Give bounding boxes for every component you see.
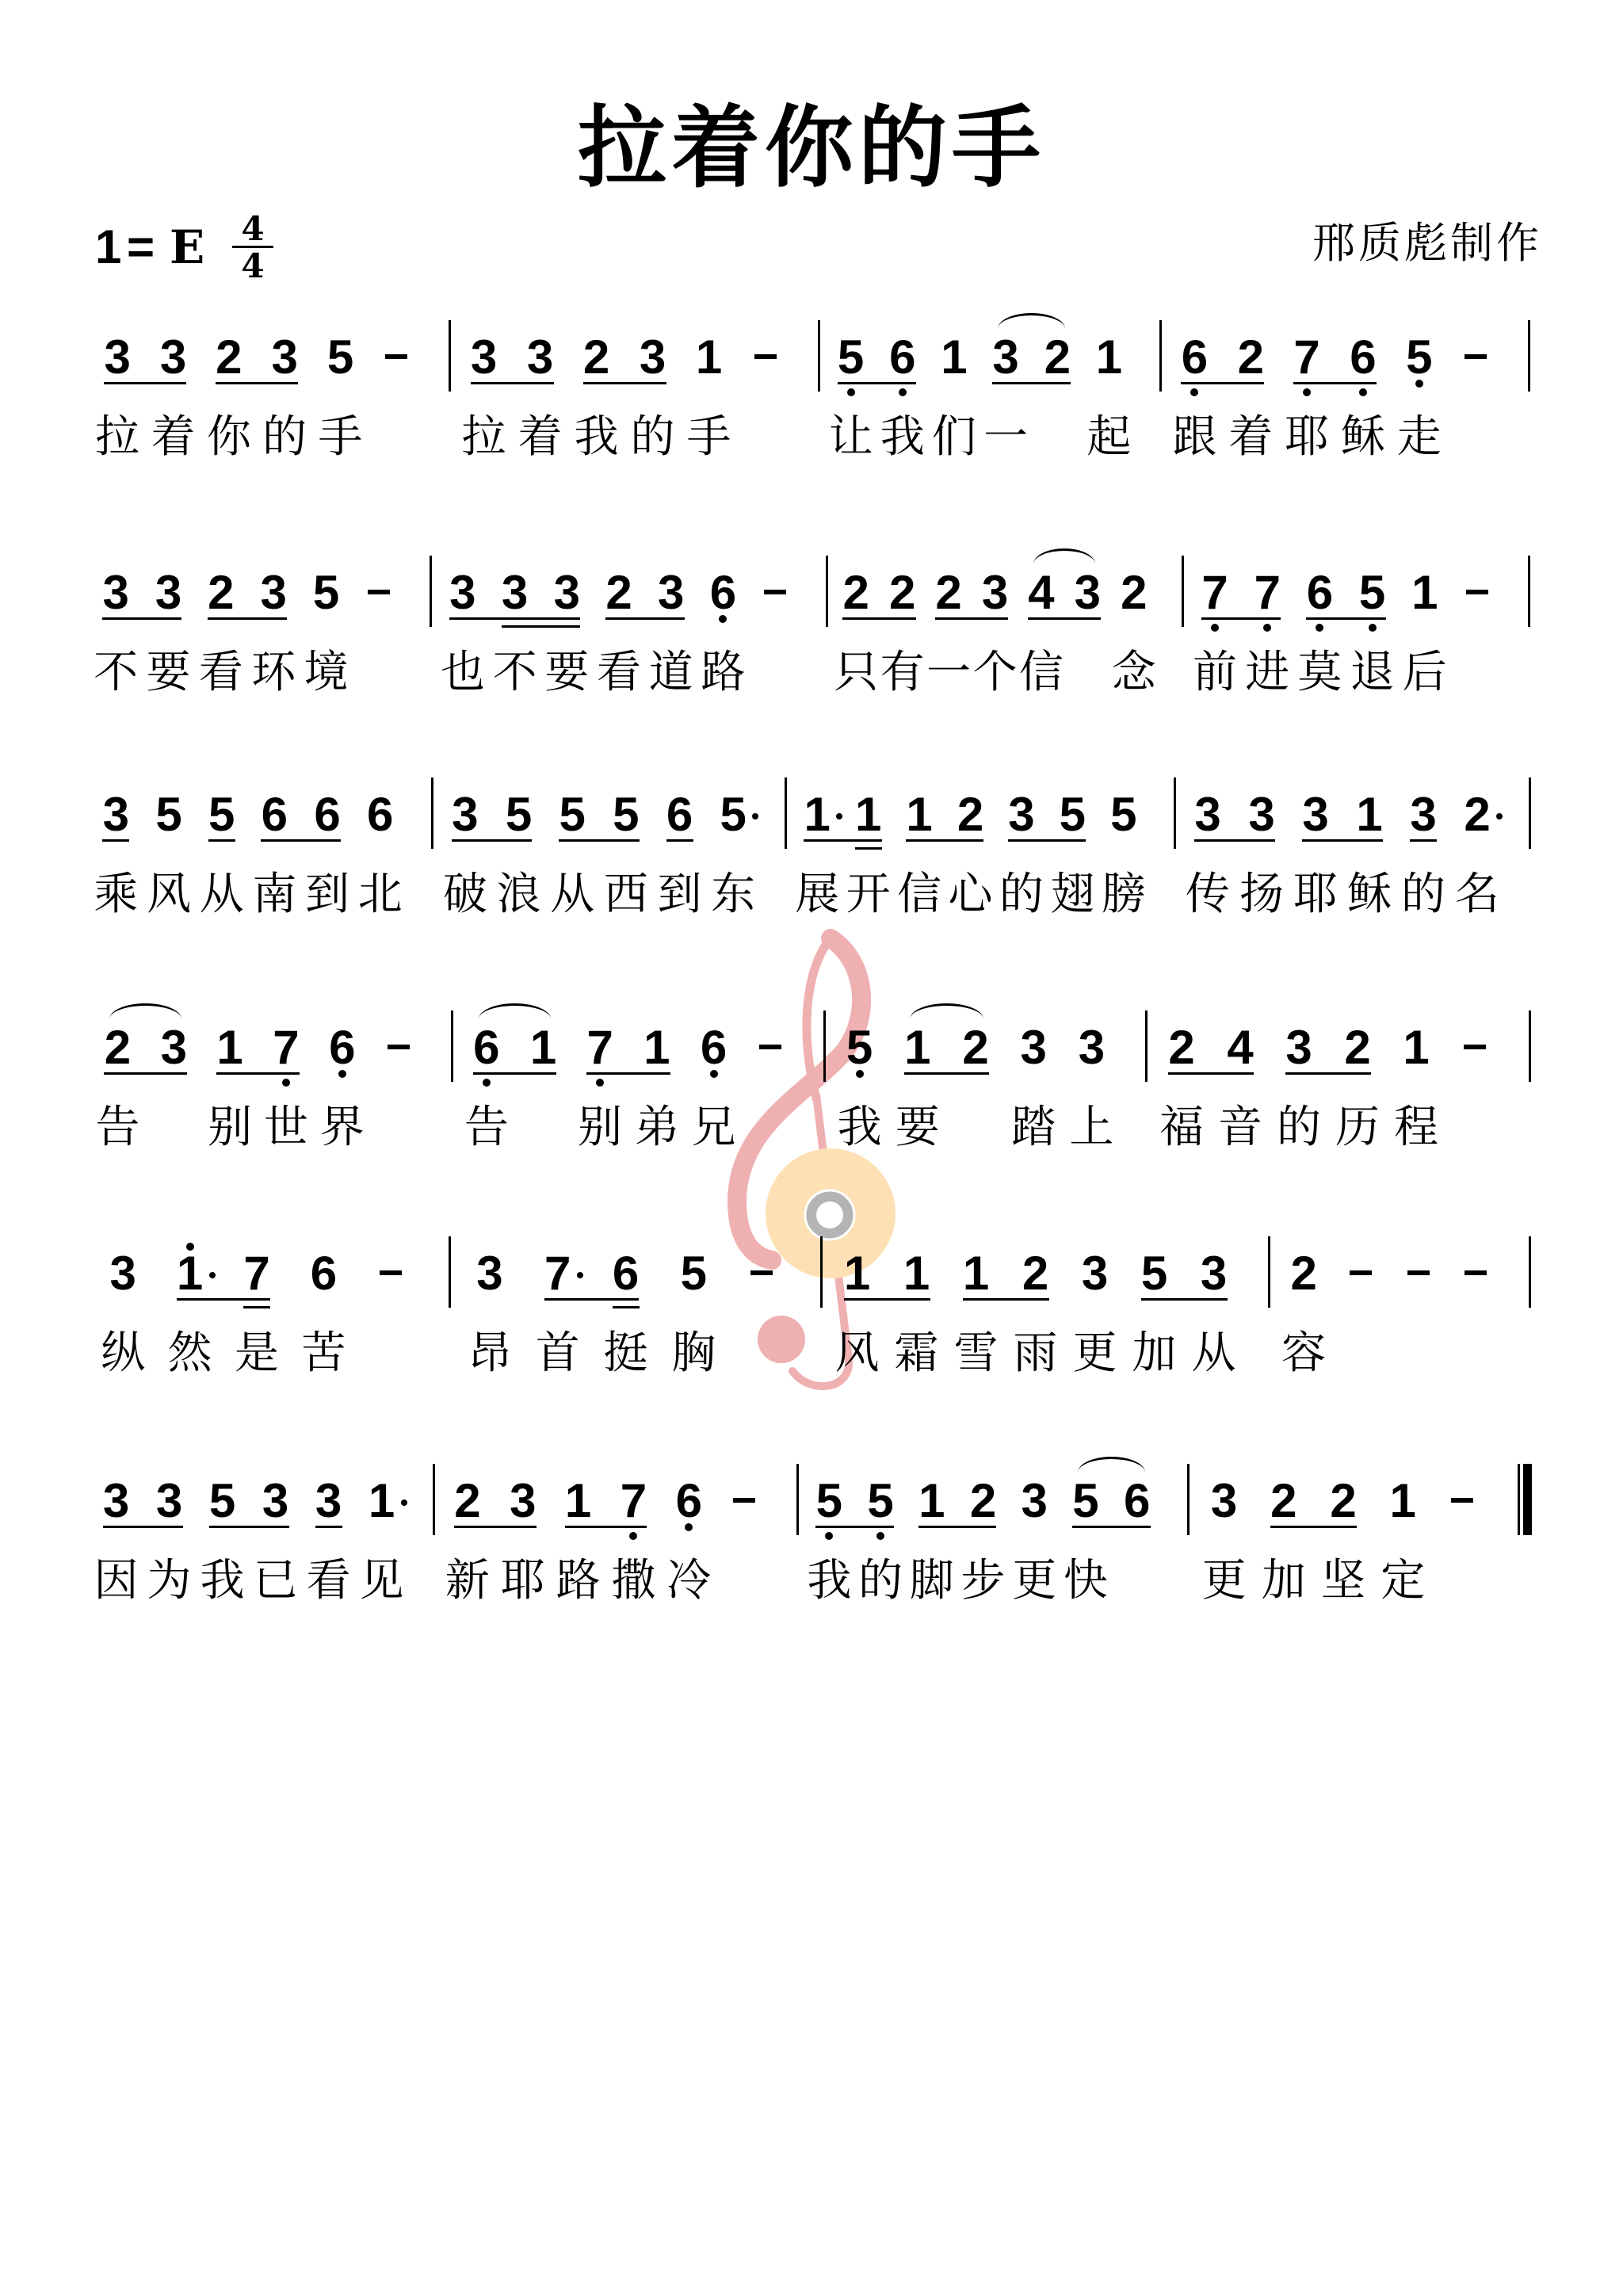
lyric-syllable: 南 xyxy=(249,869,300,920)
lyric-syllable: 只 xyxy=(831,648,881,698)
note-digit: 1 xyxy=(1350,791,1389,839)
lyric-syllable: 快 xyxy=(1060,1556,1111,1606)
lyric-syllable: 程 xyxy=(1391,1102,1442,1153)
lyric-syllable: 从 xyxy=(1189,1328,1239,1379)
lyric-syllable: 展 xyxy=(792,869,842,920)
note-digit: 1 xyxy=(1089,334,1128,381)
lyric-syllable: 耶 xyxy=(1290,869,1341,920)
note-digit: 7 xyxy=(266,1024,306,1072)
note-digit: 6 xyxy=(694,1024,734,1072)
note-digit: 5 xyxy=(840,1024,880,1072)
lyric-syllable: 我 xyxy=(197,1556,248,1606)
lyric-syllable: 从 xyxy=(197,869,247,920)
treble-clef-icon xyxy=(737,938,861,1386)
lyric-syllable: 进 xyxy=(1242,648,1293,698)
lyric-syllable: 兄 xyxy=(689,1102,739,1153)
sustain-dash: - xyxy=(368,590,390,594)
note-digit: 5 xyxy=(552,791,592,839)
low-octave-dot xyxy=(710,1070,718,1078)
lyric-syllable: 要 xyxy=(892,1102,943,1153)
note-digit: 2 xyxy=(964,1477,1003,1525)
low-octave-dot xyxy=(1263,624,1271,632)
note-digit: 3 xyxy=(445,791,485,839)
note-digit: 1 xyxy=(934,334,974,381)
note-digit: 1 xyxy=(210,1024,250,1072)
sustain-dash: - xyxy=(1451,1498,1473,1503)
note-digit: 6 xyxy=(361,791,400,839)
low-octave-dot xyxy=(282,1079,290,1087)
note-digit: 6 xyxy=(254,791,294,839)
lyric-syllable: 我 xyxy=(571,412,622,463)
barline xyxy=(823,1010,826,1082)
sustain-dash: - xyxy=(380,1270,402,1275)
key-degree: 1 xyxy=(95,223,121,271)
note-digit: 3 xyxy=(470,1250,510,1297)
lyric-syllable: 脚 xyxy=(907,1556,957,1606)
lyric-syllable: 跟 xyxy=(1169,412,1220,463)
barline xyxy=(1187,1464,1190,1535)
lyric-syllable: 历 xyxy=(1332,1102,1383,1153)
sustain-dash: - xyxy=(385,354,407,359)
note-digit: 3 xyxy=(149,569,189,617)
barline xyxy=(433,1464,435,1535)
note-digit: 5 xyxy=(831,334,871,381)
barline xyxy=(449,320,451,392)
note-digit: 1 xyxy=(912,1477,952,1525)
low-octave-dot xyxy=(856,1070,864,1078)
lyric-syllable: 上 xyxy=(1066,1102,1117,1153)
note-digit: 2 xyxy=(883,569,922,617)
lyric-syllable: 因 xyxy=(91,1556,142,1606)
slur-arc xyxy=(998,313,1065,329)
note-digit: 2 xyxy=(1231,334,1270,381)
lyric-syllable: 乘 xyxy=(90,869,141,920)
lyric-syllable: 然 xyxy=(165,1328,216,1379)
barline xyxy=(1529,1010,1531,1082)
lyric-syllable: 的 xyxy=(628,412,678,463)
note-digit: 4 xyxy=(1022,569,1061,617)
barline xyxy=(1528,320,1530,392)
lyric-syllable: 拉 xyxy=(92,412,143,463)
barline xyxy=(818,320,820,392)
high-octave-dot xyxy=(186,1243,194,1251)
score-page: 拉着你的手 1 = E 4 4 邢质彪制作 3拉3着2你3的5手-3拉3着2我3… xyxy=(0,0,1623,2296)
note-digit: 5 xyxy=(606,791,646,839)
lyric-syllable: 冷 xyxy=(663,1556,714,1606)
lyric-syllable: 的 xyxy=(996,869,1047,920)
double-underline xyxy=(613,1306,640,1308)
note-digit: 3 xyxy=(1242,791,1281,839)
lyric-syllable: 要 xyxy=(541,648,592,698)
lyric-syllable: 胸 xyxy=(668,1328,719,1379)
lyric-syllable: 心 xyxy=(945,869,996,920)
note-digit: 3 xyxy=(495,569,535,617)
note-digit: 1 xyxy=(1405,569,1445,617)
barline xyxy=(1182,556,1184,627)
lyric-syllable: 破 xyxy=(440,869,491,920)
note-digit: 5 xyxy=(809,1477,849,1525)
note-digit: 1 xyxy=(637,1024,677,1072)
note-digit: 1 xyxy=(957,1250,996,1297)
lyric-syllable: 你 xyxy=(204,412,254,463)
lyric-syllable: 别 xyxy=(575,1102,625,1153)
note-digit: 5 xyxy=(1400,334,1439,381)
lyric-syllable: 一 xyxy=(980,412,1031,463)
lyric-syllable: 踏 xyxy=(1008,1102,1059,1153)
lyric-syllable: 起 xyxy=(1083,412,1134,463)
lyric-syllable: 着 xyxy=(148,412,199,463)
note-digit: 1 xyxy=(838,1250,877,1297)
note-digit: 3 xyxy=(254,569,293,617)
sustain-dash: - xyxy=(1466,590,1488,594)
note-digit: 3 xyxy=(309,1477,349,1525)
double-underline xyxy=(855,847,882,850)
note-digit: 6 xyxy=(703,569,743,617)
slur-arc xyxy=(109,1003,181,1019)
note-digit: 5 xyxy=(1104,791,1144,839)
low-octave-dot xyxy=(338,1070,346,1078)
note-digit: 6 xyxy=(307,791,347,839)
note-digit: 2 xyxy=(929,569,968,617)
low-octave-dot xyxy=(1211,624,1219,632)
lyric-syllable: 看 xyxy=(304,1556,354,1606)
augmentation-dot xyxy=(1496,813,1503,819)
lyric-syllable: 念 xyxy=(1109,648,1159,698)
lyric-syllable: 们 xyxy=(929,412,980,463)
note-digit: 6 xyxy=(1300,569,1339,617)
double-underline xyxy=(502,625,581,628)
slur-arc xyxy=(1033,548,1095,564)
lyric-syllable: 路 xyxy=(697,648,748,698)
lyric-syllable: 手 xyxy=(684,412,735,463)
note-digit: 1 xyxy=(524,1024,563,1072)
note-digit: 6 xyxy=(883,334,922,381)
lyric-syllable: 前 xyxy=(1190,648,1240,698)
augmentation-dot xyxy=(836,813,842,819)
note-digit: 3 xyxy=(547,569,586,617)
lyric-syllable: 也 xyxy=(437,648,488,698)
lyric-syllable: 让 xyxy=(826,412,876,463)
time-signature-beats: 4 xyxy=(232,212,273,246)
barline xyxy=(451,1010,453,1082)
sustain-dash: - xyxy=(1407,1270,1430,1275)
lyric-syllable: 已 xyxy=(250,1556,301,1606)
lyric-syllable: 更 xyxy=(1009,1556,1060,1606)
lyric-syllable: 着 xyxy=(1225,412,1276,463)
barline xyxy=(449,1236,451,1308)
lyric-syllable: 膀 xyxy=(1098,869,1149,920)
note-digit: 7 xyxy=(1247,569,1287,617)
lyric-syllable: 传 xyxy=(1182,869,1233,920)
lyric-syllable: 弟 xyxy=(632,1102,682,1153)
lyric-syllable: 路 xyxy=(553,1556,604,1606)
note-digit: 3 xyxy=(1205,1477,1244,1525)
low-octave-dot xyxy=(1369,624,1377,632)
note-digit: 2 xyxy=(448,1477,487,1525)
note-digit: 2 xyxy=(1457,791,1497,839)
lyric-syllable: 更 xyxy=(1070,1328,1121,1379)
note-digit: 1 xyxy=(170,1250,210,1297)
lyric-syllable: 境 xyxy=(301,648,352,698)
note-digit: 2 xyxy=(1284,1250,1323,1297)
note-digit: 5 xyxy=(674,1250,713,1297)
note-digit: 3 xyxy=(443,569,483,617)
lyric-syllable: 的 xyxy=(259,412,310,463)
lyric-syllable: 环 xyxy=(248,648,299,698)
note-digit: 5 xyxy=(861,1477,900,1525)
lyric-syllable: 定 xyxy=(1377,1556,1428,1606)
lyric-syllable: 耶 xyxy=(498,1556,548,1606)
sustain-dash: - xyxy=(764,590,786,594)
lyric-syllable: 不 xyxy=(90,648,141,698)
lyric-syllable: 挺 xyxy=(601,1328,651,1379)
note-digit: 3 xyxy=(1188,791,1228,839)
sustain-dash: - xyxy=(1465,1270,1487,1275)
note-digit: 3 xyxy=(103,1250,143,1297)
augmentation-dot xyxy=(577,1272,583,1278)
note-digit: 1 xyxy=(559,1477,598,1525)
lyric-syllable: 有 xyxy=(877,648,928,698)
lyric-syllable: 耶 xyxy=(1281,412,1332,463)
note-digit: 3 xyxy=(96,569,136,617)
note-digit: 3 xyxy=(503,1477,543,1525)
note-digit: 2 xyxy=(1323,1477,1363,1525)
lyric-syllable: 雪 xyxy=(951,1328,1002,1379)
note-digit: 1 xyxy=(897,1250,937,1297)
note-digit: 1 xyxy=(1383,1477,1423,1525)
lyric-syllable: 开 xyxy=(843,869,894,920)
clef-upper-loop xyxy=(807,938,831,1098)
barline xyxy=(431,777,433,849)
barline xyxy=(1174,777,1176,849)
lyric-syllable: 界 xyxy=(317,1102,368,1153)
note-digit: 4 xyxy=(1220,1024,1260,1072)
lyric-syllable: 一 xyxy=(923,648,974,698)
lyric-syllable: 信 xyxy=(1016,648,1067,698)
note-digit: 2 xyxy=(577,334,617,381)
note-digit: 7 xyxy=(613,1477,653,1525)
lyric-syllable: 到 xyxy=(302,869,353,920)
low-octave-dot xyxy=(825,1532,833,1540)
lyric-syllable: 纵 xyxy=(97,1328,148,1379)
barline xyxy=(430,556,432,627)
lyric-syllable: 手 xyxy=(315,412,366,463)
lyric-syllable: 更 xyxy=(1199,1556,1250,1606)
lyric-syllable: 风 xyxy=(832,1328,883,1379)
lyric-syllable: 昂 xyxy=(464,1328,515,1379)
note-digit: 3 xyxy=(976,569,1015,617)
double-underline xyxy=(243,1306,270,1308)
note-digit: 3 xyxy=(521,334,560,381)
low-octave-dot xyxy=(1415,380,1423,388)
lyric-syllable: 从 xyxy=(547,869,598,920)
lyric-syllable: 告 xyxy=(92,1102,143,1153)
note-digit: 6 xyxy=(1174,334,1214,381)
sustain-dash: - xyxy=(1350,1270,1372,1275)
note-digit: 2 xyxy=(599,569,639,617)
note-digit: 3 xyxy=(1002,791,1041,839)
lyric-syllable: 世 xyxy=(261,1102,311,1153)
note-digit: 3 xyxy=(1071,1024,1111,1072)
lyric-syllable: 是 xyxy=(231,1328,282,1379)
lyric-syllable: 见 xyxy=(357,1556,407,1606)
barline xyxy=(1268,1236,1270,1308)
barline xyxy=(1528,556,1530,627)
low-octave-dot xyxy=(899,388,907,396)
lyric-syllable: 扬 xyxy=(1236,869,1287,920)
note-digit: 2 xyxy=(1037,334,1077,381)
note-digit: 2 xyxy=(951,791,991,839)
note-digit: 3 xyxy=(1014,1024,1053,1072)
note-digit: 1 xyxy=(849,791,888,839)
note-digit: 3 xyxy=(464,334,504,381)
disc-ring xyxy=(805,1190,854,1240)
lyric-syllable: 翅 xyxy=(1047,869,1098,920)
sustain-dash: - xyxy=(733,1498,755,1503)
lyric-syllable: 音 xyxy=(1215,1102,1266,1153)
low-octave-dot xyxy=(685,1523,693,1531)
note-digit: 6 xyxy=(323,1024,362,1072)
lyric-syllable: 的 xyxy=(1274,1102,1324,1153)
lyric-syllable: 浪 xyxy=(494,869,544,920)
arranger-credit: 邢质彪制作 xyxy=(1312,218,1542,269)
note-digit: 6 xyxy=(467,1024,506,1072)
note-digit: 5 xyxy=(307,569,346,617)
note-digit: 7 xyxy=(538,1250,578,1297)
note-digit: 3 xyxy=(1296,791,1335,839)
lyric-syllable: 走 xyxy=(1394,412,1445,463)
lyric-syllable: 退 xyxy=(1347,648,1398,698)
lyric-syllable: 福 xyxy=(1156,1102,1207,1153)
lyric-syllable: 首 xyxy=(533,1328,583,1379)
note-digit: 5 xyxy=(499,791,539,839)
low-octave-dot xyxy=(719,615,727,623)
lyric-syllable: 要 xyxy=(143,648,194,698)
final-barline-thick xyxy=(1523,1464,1532,1535)
slur-arc xyxy=(1078,1457,1145,1473)
lyric-syllable: 别 xyxy=(204,1102,255,1153)
lyric-syllable: 容 xyxy=(1278,1328,1329,1379)
note-digit: 3 xyxy=(154,334,193,381)
barline xyxy=(820,1236,823,1308)
lyric-syllable: 不 xyxy=(490,648,540,698)
augmentation-dot xyxy=(752,813,758,819)
augmentation-dot xyxy=(209,1272,216,1278)
note-digit: 2 xyxy=(1114,569,1154,617)
barline xyxy=(1529,1236,1531,1308)
note-digit: 5 xyxy=(149,791,189,839)
note-digit: 2 xyxy=(97,1024,137,1072)
note-digit: 2 xyxy=(1162,1024,1201,1072)
lyric-syllable: 风 xyxy=(143,869,194,920)
sustain-dash: - xyxy=(754,354,777,359)
low-octave-dot xyxy=(483,1079,491,1087)
note-digit: 1 xyxy=(797,791,837,839)
note-digit: 5 xyxy=(1135,1250,1174,1297)
lyric-syllable: 道 xyxy=(646,648,697,698)
note-digit: 1 xyxy=(899,791,939,839)
disc-hole xyxy=(816,1201,843,1228)
lyric-syllable: 加 xyxy=(1258,1556,1309,1606)
lyric-syllable: 信 xyxy=(894,869,945,920)
barline xyxy=(785,777,787,849)
note-digit: 2 xyxy=(836,569,876,617)
lyric-syllable: 告 xyxy=(461,1102,512,1153)
note-digit: 3 xyxy=(633,334,673,381)
note-digit: 5 xyxy=(713,791,753,839)
barline xyxy=(1529,777,1531,849)
note-digit: 1 xyxy=(689,334,729,381)
lyric-syllable: 的 xyxy=(1398,869,1449,920)
note-digit: 3 xyxy=(256,1477,296,1525)
note-digit: 3 xyxy=(1279,1024,1319,1072)
lyric-syllable: 我 xyxy=(804,1556,854,1606)
note-digit: 2 xyxy=(1338,1024,1377,1072)
low-octave-dot xyxy=(1359,388,1367,396)
lyric-syllable: 坚 xyxy=(1318,1556,1369,1606)
note-digit: 1 xyxy=(898,1024,938,1072)
key-tonic: E xyxy=(170,224,204,270)
song-title: 拉着你的手 xyxy=(0,97,1623,200)
note-digit: 5 xyxy=(203,1477,242,1525)
note-digit: 3 xyxy=(1403,791,1443,839)
note-digit: 6 xyxy=(606,1250,646,1297)
clef-ball xyxy=(758,1316,805,1363)
lyric-syllable: 拉 xyxy=(459,412,510,463)
note-digit: 6 xyxy=(1343,334,1383,381)
note-digit: 2 xyxy=(1264,1477,1304,1525)
lyric-syllable: 加 xyxy=(1129,1328,1180,1379)
low-octave-dot xyxy=(1190,388,1198,396)
note-digit: 3 xyxy=(1194,1250,1234,1297)
lyric-syllable: 着 xyxy=(515,412,566,463)
key-equals-sign: = xyxy=(127,223,155,271)
slur-arc xyxy=(479,1003,552,1019)
note-digit: 3 xyxy=(986,334,1025,381)
lyric-syllable: 东 xyxy=(708,869,758,920)
note-digit: 5 xyxy=(1066,1477,1106,1525)
lyric-syllable: 莫 xyxy=(1294,648,1345,698)
note-digit: 7 xyxy=(1195,569,1235,617)
sustain-dash: - xyxy=(388,1045,410,1049)
note-digit: 7 xyxy=(580,1024,620,1072)
barline xyxy=(826,556,828,627)
note-digit: 3 xyxy=(1014,1477,1054,1525)
note-digit: 5 xyxy=(1052,791,1092,839)
note-digit: 6 xyxy=(660,791,700,839)
lyric-syllable: 的 xyxy=(855,1556,906,1606)
low-octave-dot xyxy=(876,1532,884,1540)
note-digit: 3 xyxy=(1075,1250,1115,1297)
lyric-syllable: 西 xyxy=(601,869,651,920)
lyric-syllable: 步 xyxy=(958,1556,1009,1606)
note-digit: 5 xyxy=(202,791,242,839)
low-octave-dot xyxy=(1303,388,1311,396)
barline xyxy=(796,1464,799,1535)
note-digit: 2 xyxy=(956,1024,995,1072)
lyric-syllable: 撒 xyxy=(608,1556,659,1606)
note-digit: 3 xyxy=(96,791,136,839)
note-digit: 7 xyxy=(1287,334,1327,381)
note-digit: 3 xyxy=(651,569,691,617)
note-digit: 7 xyxy=(237,1250,277,1297)
time-signature-unit: 4 xyxy=(232,250,273,283)
note-digit: 2 xyxy=(1016,1250,1056,1297)
lyric-syllable: 稣 xyxy=(1338,412,1388,463)
note-digit: 3 xyxy=(97,1477,136,1525)
note-digit: 3 xyxy=(97,334,137,381)
note-digit: 1 xyxy=(362,1477,402,1525)
